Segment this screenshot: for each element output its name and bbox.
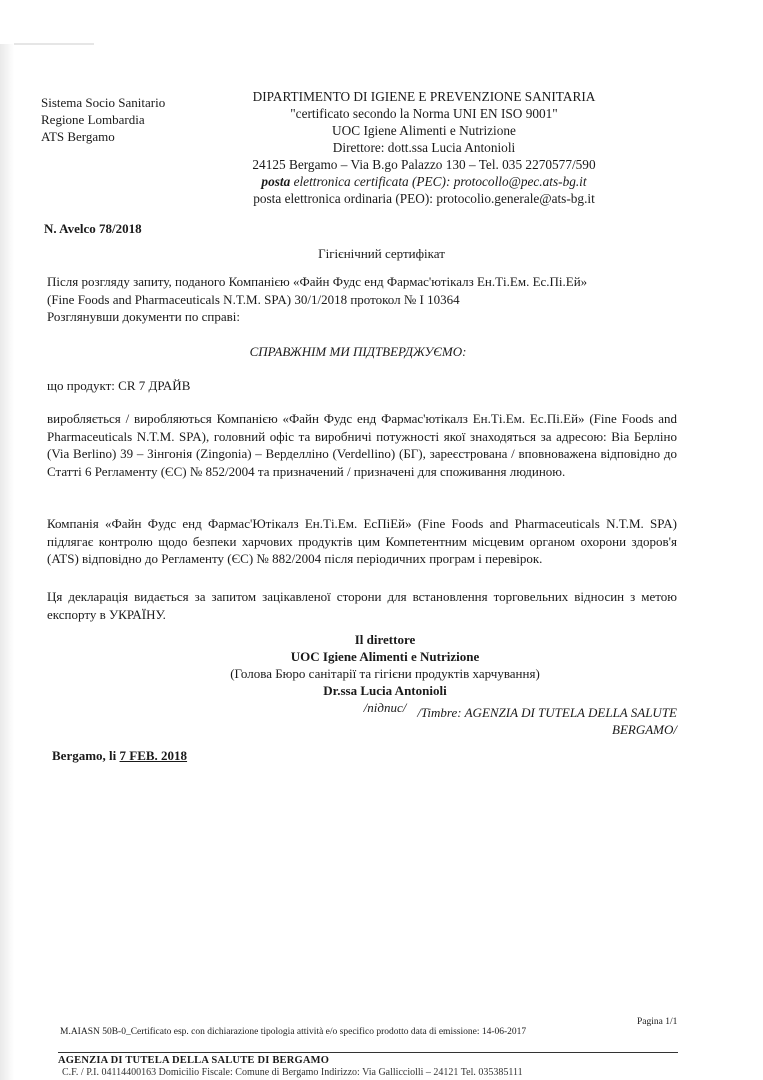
declaration-paragraph: Ця декларація видається за запитом зацік… [47, 588, 677, 623]
manufacturing-paragraph: виробляється / виробляються Компанією «Ф… [47, 410, 677, 480]
department-header: DIPARTIMENTO DI IGIENE E PREVENZIONE SAN… [230, 88, 618, 207]
director-line: Direttore: dott.ssa Lucia Antonioli [230, 139, 618, 156]
product-line: що продукт: CR 7 ДРАЙВ [47, 378, 190, 394]
intro-paragraph: Після розгляду запиту, поданого Компаніє… [47, 273, 677, 326]
intro-line: Після розгляду запиту, поданого Компаніє… [47, 273, 677, 291]
pec-line: posta elettronica certificata (PEC): pro… [230, 173, 618, 190]
address-line: 24125 Bergamo – Via B.go Palazzo 130 – T… [230, 156, 618, 173]
org-line: Regione Lombardia [41, 111, 165, 128]
stamp-line: BERGAMO/ [390, 721, 677, 738]
pec-label: posta [261, 174, 290, 189]
org-line: Sistema Socio Sanitario [41, 94, 165, 111]
issue-date: Bergamo, li 7 FEB. 2018 [52, 748, 187, 764]
footer-divider [58, 1052, 678, 1053]
document-title: Гігієнічний сертифікат [0, 246, 763, 262]
signer-name: Dr.ssa Lucia Antonioli [120, 682, 650, 699]
peo-line: posta elettronica ordinaria (PEO): proto… [230, 190, 618, 207]
date-prefix: Bergamo, li [52, 748, 120, 763]
scan-edge [0, 44, 14, 1080]
department-name: DIPARTIMENTO DI IGIENE E PREVENZIONE SAN… [230, 88, 618, 105]
signer-unit: UOC Igiene Alimenti e Nutrizione [120, 648, 650, 665]
signer-role-translation: (Голова Бюро санітарії та гігієни продук… [120, 665, 650, 682]
footer-address: C.F. / P.I. 04114400163 Domicilio Fiscal… [62, 1067, 523, 1078]
control-paragraph: Компанія «Файн Фудс енд Фармас'Ютікалз Е… [47, 515, 677, 568]
org-line: ATS Bergamo [41, 128, 165, 145]
stamp-note: /Timbre: AGENZIA DI TUTELA DELLA SALUTE … [390, 704, 677, 738]
certification-note: "certificato secondo la Norma UNI EN ISO… [230, 105, 618, 122]
organization-block: Sistema Socio Sanitario Regione Lombardi… [41, 94, 165, 145]
signer-role: Il direttore [120, 631, 650, 648]
footer-agency: AGENZIA DI TUTELA DELLA SALUTE DI BERGAM… [58, 1055, 329, 1066]
pec-address: elettronica certificata (PEC): protocoll… [290, 174, 586, 189]
unit-name: UOC Igiene Alimenti e Nutrizione [230, 122, 618, 139]
scan-edge-top [14, 43, 94, 45]
affirmation-heading: СПРАВЖНІМ МИ ПІДТВЕРДЖУЄМО: [0, 344, 716, 360]
page-number: Pagina 1/1 [637, 1017, 677, 1027]
stamp-line: /Timbre: AGENZIA DI TUTELA DELLA SALUTE [390, 704, 677, 721]
reference-number: N. Avelco 78/2018 [44, 221, 142, 237]
intro-line: Розглянувши документи по справі: [47, 308, 677, 326]
form-code: M.AIASN 50B-0_Certificato esp. con dichi… [60, 1027, 526, 1037]
date-value: 7 FEB. 2018 [120, 748, 188, 763]
intro-line: (Fine Foods and Pharmaceuticals N.T.M. S… [47, 291, 677, 309]
